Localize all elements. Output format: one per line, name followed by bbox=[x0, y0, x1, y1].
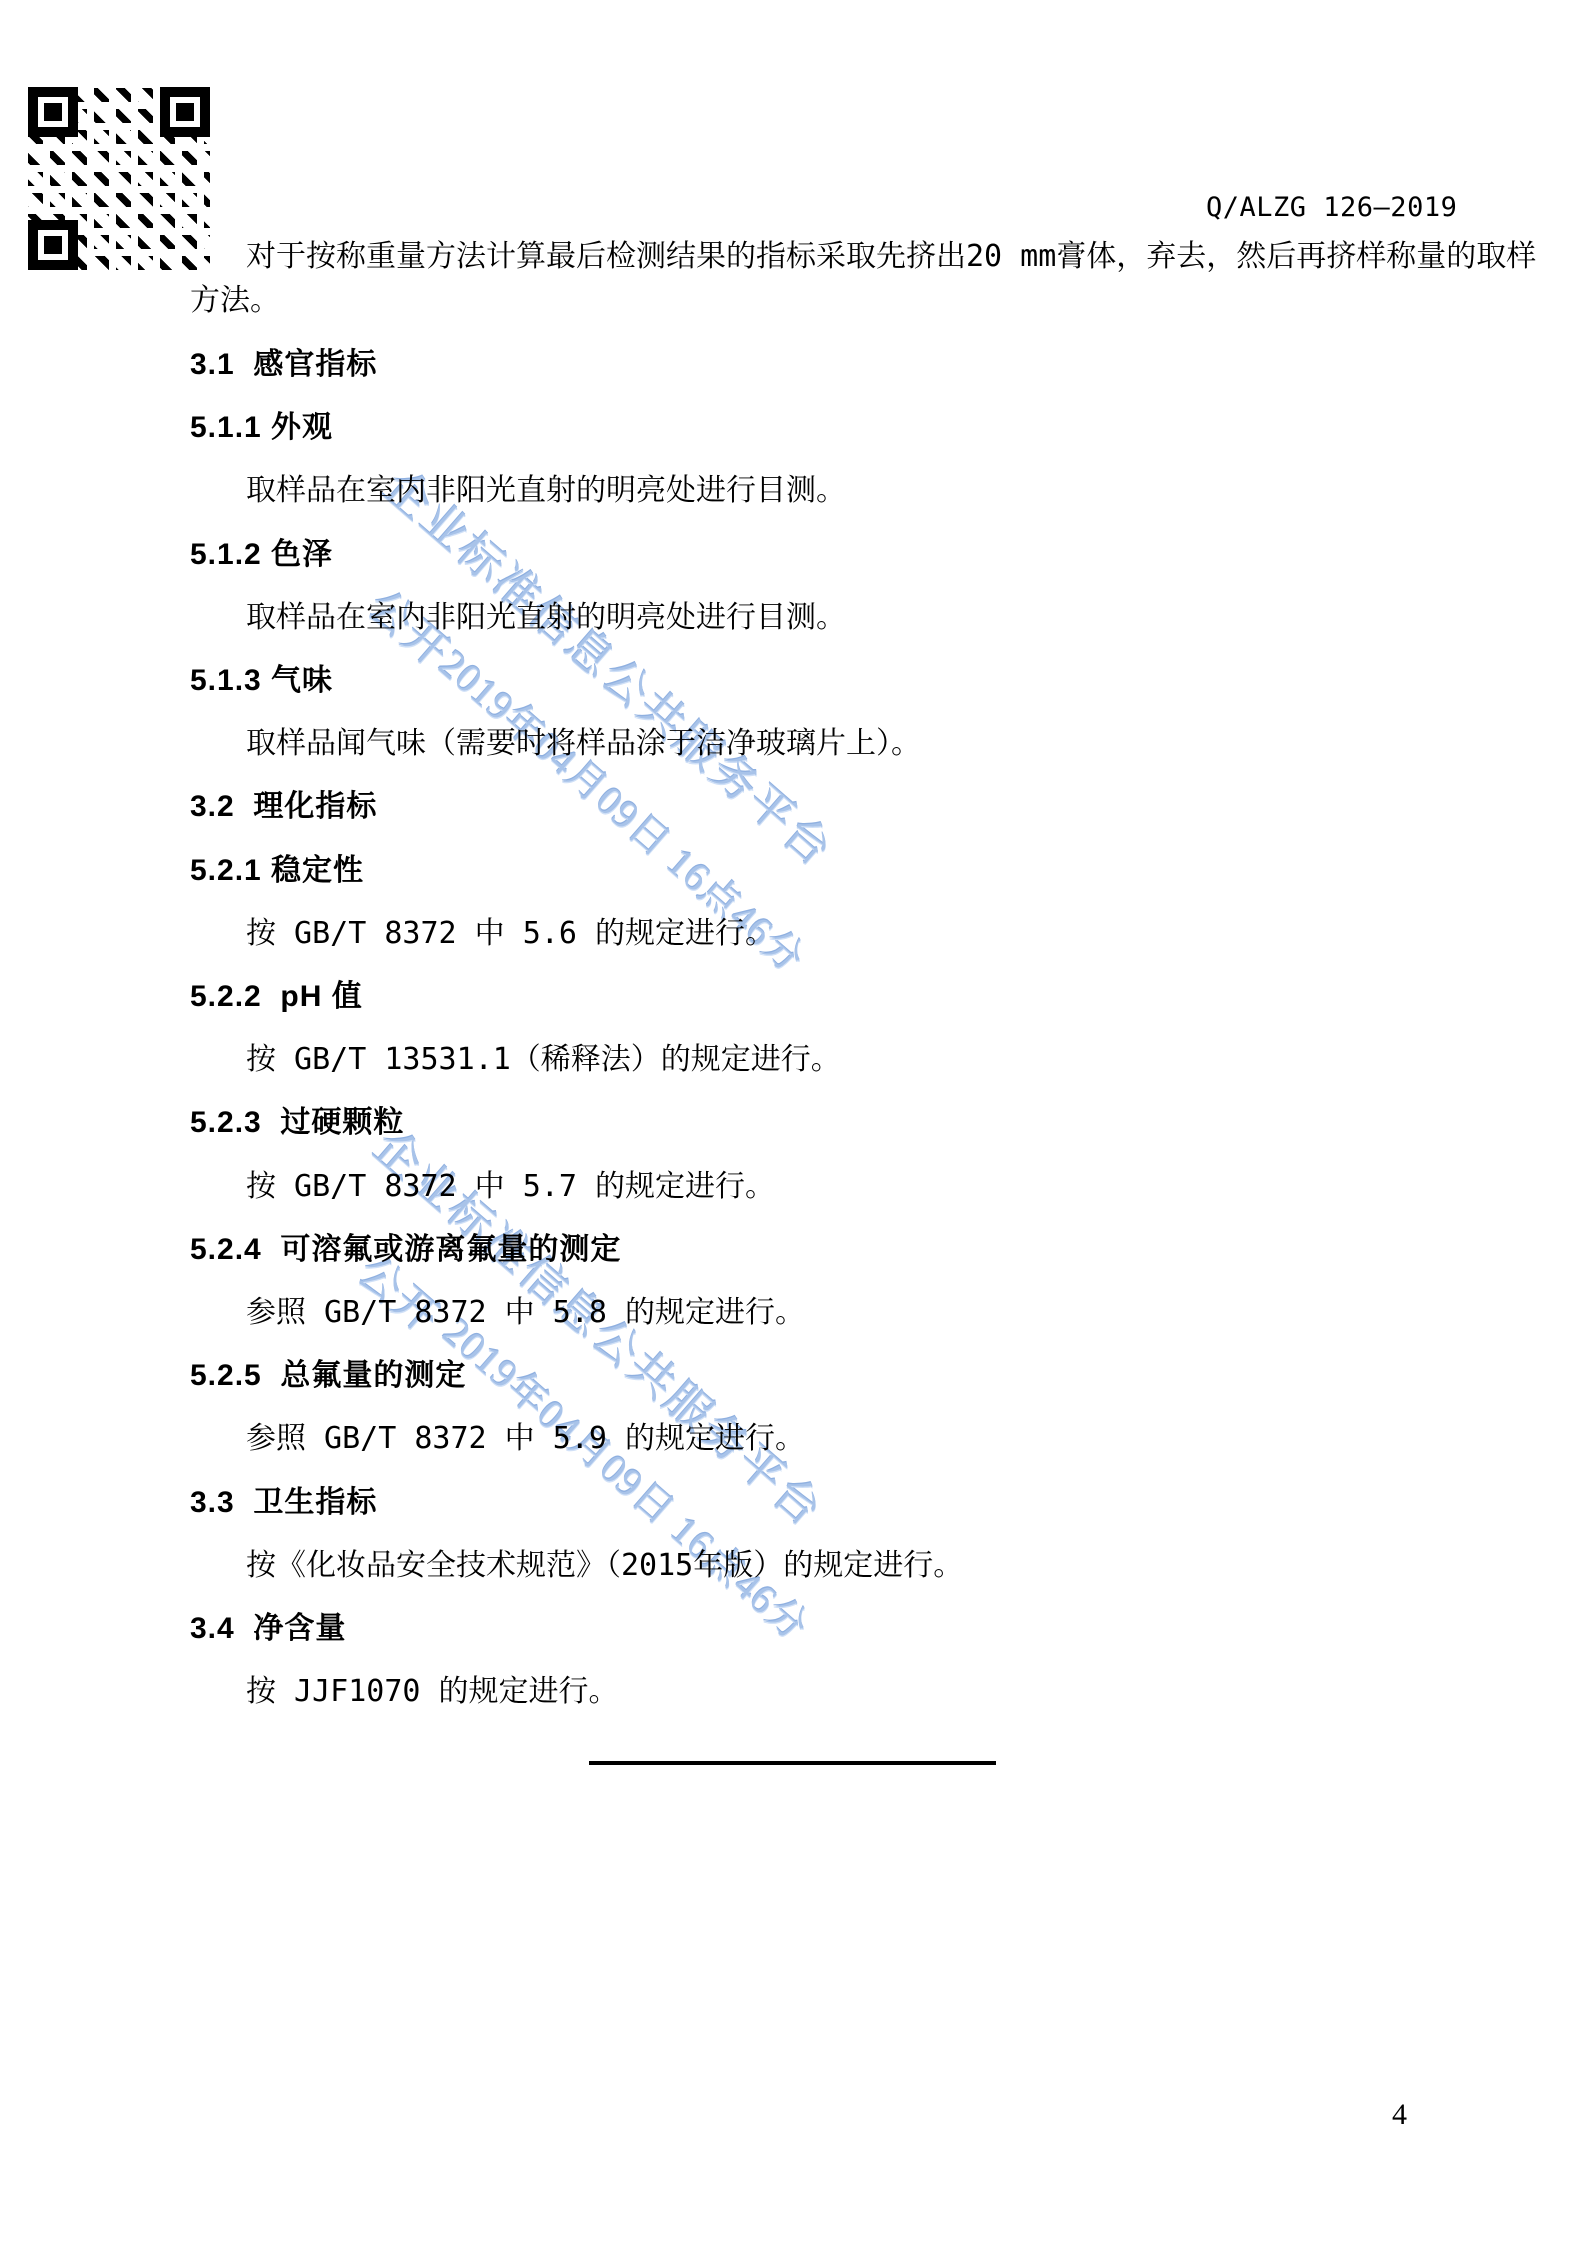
body-paragraph: 参照 GB/T 8372 中 5.9 的规定进行。 bbox=[246, 1416, 805, 1462]
body-paragraph: 按 GB/T 8372 中 5.7 的规定进行。 bbox=[246, 1164, 775, 1210]
qr-finder-bottom-left bbox=[28, 220, 78, 270]
page-number: 4 bbox=[1392, 2098, 1407, 2132]
body-paragraph: 按 GB/T 8372 中 5.6 的规定进行。 bbox=[246, 911, 775, 957]
body-paragraph: 按《化妆品安全技术规范》（2015年版）的规定进行。 bbox=[246, 1543, 963, 1589]
section-heading: 5.2.2 pH 值 bbox=[190, 974, 363, 1020]
section-heading: 5.2.3 过硬颗粒 bbox=[190, 1100, 404, 1146]
section-heading: 5.1.1 外观 bbox=[190, 405, 333, 451]
section-heading: 5.1.3 气味 bbox=[190, 658, 333, 704]
section-heading: 3.1 感官指标 bbox=[190, 342, 377, 388]
section-heading: 3.3 卫生指标 bbox=[190, 1480, 377, 1526]
body-paragraph: 取样品在室内非阳光直射的明亮处进行目测。 bbox=[246, 595, 846, 641]
watermark-datetime: 2019年04月09日 16点46分 bbox=[433, 1302, 824, 1652]
end-of-document-rule bbox=[589, 1761, 996, 1765]
qr-code bbox=[28, 87, 210, 270]
section-heading: 5.2.1 稳定性 bbox=[190, 848, 364, 894]
watermark-platform-text: 企业标准信息公共服务平台 bbox=[372, 452, 850, 880]
qr-finder-top-right bbox=[160, 87, 210, 137]
body-paragraph: 对于按称重量方法计算最后检测结果的指标采取先挤出20 mm膏体，弃去，然后再挤样… bbox=[246, 234, 1536, 280]
body-paragraph: 按 JJF1070 的规定进行。 bbox=[246, 1669, 619, 1715]
section-heading: 5.2.4 可溶氟或游离氟量的测定 bbox=[190, 1227, 621, 1273]
body-paragraph: 方法。 bbox=[190, 278, 280, 324]
section-heading: 3.2 理化指标 bbox=[190, 784, 377, 830]
body-paragraph: 取样品在室内非阳光直射的明亮处进行目测。 bbox=[246, 468, 846, 514]
body-paragraph: 取样品闻气味（需要时将样品涂于洁净玻璃片上）。 bbox=[246, 721, 921, 767]
document-code-header: Q/ALZG 126—2019 bbox=[1206, 192, 1457, 223]
section-heading: 5.2.5 总氟量的测定 bbox=[190, 1353, 466, 1399]
body-paragraph: 参照 GB/T 8372 中 5.8 的规定进行。 bbox=[246, 1290, 805, 1336]
document-page: Q/ALZG 126—2019 企业标准信息公共服务平台 公开 2019年04月… bbox=[0, 0, 1588, 2245]
body-paragraph: 按 GB/T 13531.1（稀释法）的规定进行。 bbox=[246, 1037, 841, 1083]
section-heading: 5.1.2 色泽 bbox=[190, 532, 333, 578]
section-heading: 3.4 净含量 bbox=[190, 1606, 346, 1652]
qr-finder-top-left bbox=[28, 87, 78, 137]
